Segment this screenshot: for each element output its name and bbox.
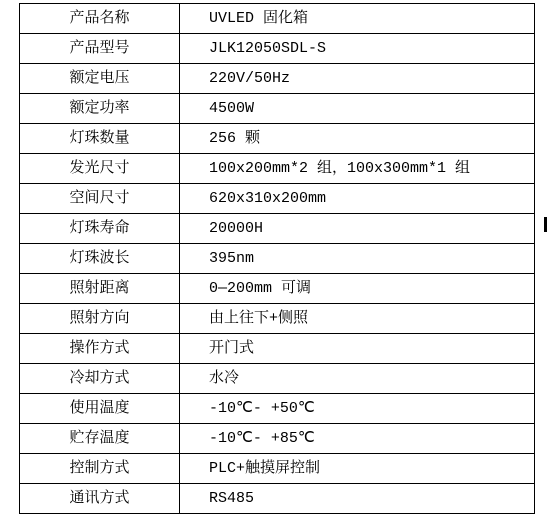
spec-value: -10℃- +50℃ <box>180 394 535 424</box>
spec-label: 产品名称 <box>20 4 180 34</box>
table-row: 照射方向 由上往下+侧照 <box>20 304 535 334</box>
spec-value: UVLED 固化箱 <box>180 4 535 34</box>
spec-label: 灯珠波长 <box>20 244 180 274</box>
spec-label: 产品型号 <box>20 34 180 64</box>
spec-label: 灯珠数量 <box>20 124 180 154</box>
table-row: 贮存温度 -10℃- +85℃ <box>20 424 535 454</box>
table-row: 产品型号 JLK12050SDL-S <box>20 34 535 64</box>
spec-label: 控制方式 <box>20 454 180 484</box>
spec-value: 256 颗 <box>180 124 535 154</box>
text-cursor <box>544 217 547 232</box>
table-row: 额定功率 4500W <box>20 94 535 124</box>
spec-label: 照射距离 <box>20 274 180 304</box>
spec-value: 220V/50Hz <box>180 64 535 94</box>
spec-value: JLK12050SDL-S <box>180 34 535 64</box>
spec-label: 通讯方式 <box>20 484 180 514</box>
spec-value: 20000H <box>180 214 535 244</box>
spec-value: -10℃- +85℃ <box>180 424 535 454</box>
spec-label: 使用温度 <box>20 394 180 424</box>
table-row: 照射距离 0—200mm 可调 <box>20 274 535 304</box>
spec-label: 贮存温度 <box>20 424 180 454</box>
table-row: 发光尺寸 100x200mm*2 组，100x300mm*1 组 <box>20 154 535 184</box>
spec-value: PLC+触摸屏控制 <box>180 454 535 484</box>
table-row: 产品名称 UVLED 固化箱 <box>20 4 535 34</box>
spec-value: 4500W <box>180 94 535 124</box>
table-row: 灯珠波长 395nm <box>20 244 535 274</box>
spec-value: 水冷 <box>180 364 535 394</box>
spec-value: 395nm <box>180 244 535 274</box>
table-row: 冷却方式 水冷 <box>20 364 535 394</box>
table-row: 灯珠寿命 20000H <box>20 214 535 244</box>
spec-value: RS485 <box>180 484 535 514</box>
table-row: 额定电压 220V/50Hz <box>20 64 535 94</box>
table-row: 通讯方式 RS485 <box>20 484 535 514</box>
spec-value: 开门式 <box>180 334 535 364</box>
spec-label: 灯珠寿命 <box>20 214 180 244</box>
spec-label: 冷却方式 <box>20 364 180 394</box>
spec-value: 620x310x200mm <box>180 184 535 214</box>
table-row: 控制方式 PLC+触摸屏控制 <box>20 454 535 484</box>
table-row: 使用温度 -10℃- +50℃ <box>20 394 535 424</box>
spec-value: 0—200mm 可调 <box>180 274 535 304</box>
spec-value: 由上往下+侧照 <box>180 304 535 334</box>
spec-label: 额定功率 <box>20 94 180 124</box>
spec-value: 100x200mm*2 组，100x300mm*1 组 <box>180 154 535 184</box>
spec-table-body: 产品名称 UVLED 固化箱 产品型号 JLK12050SDL-S 额定电压 2… <box>20 4 535 514</box>
spec-label: 操作方式 <box>20 334 180 364</box>
product-spec-table: 产品名称 UVLED 固化箱 产品型号 JLK12050SDL-S 额定电压 2… <box>19 3 535 514</box>
table-row: 空间尺寸 620x310x200mm <box>20 184 535 214</box>
table-row: 操作方式 开门式 <box>20 334 535 364</box>
spec-label: 发光尺寸 <box>20 154 180 184</box>
spec-label: 空间尺寸 <box>20 184 180 214</box>
spec-label: 额定电压 <box>20 64 180 94</box>
spec-label: 照射方向 <box>20 304 180 334</box>
table-row: 灯珠数量 256 颗 <box>20 124 535 154</box>
